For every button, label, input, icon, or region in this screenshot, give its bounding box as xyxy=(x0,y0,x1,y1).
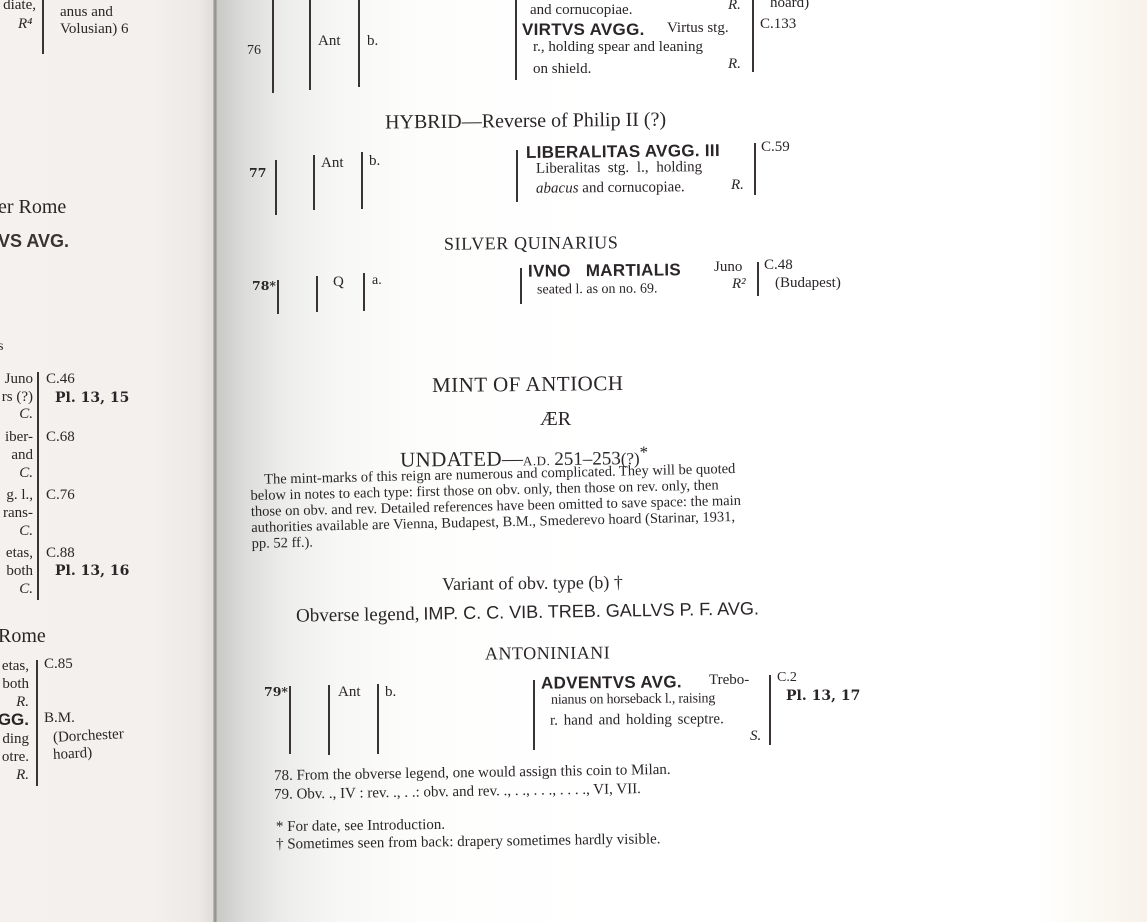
entry-ref: C.133 xyxy=(760,16,796,33)
column-rule xyxy=(769,675,771,745)
antoniniani-heading: ANTONINIANI xyxy=(485,642,610,664)
column-rule xyxy=(36,660,38,786)
column-rule xyxy=(275,160,277,215)
left-subheading-fragment: s xyxy=(0,339,3,355)
entry-ref: B.M. xyxy=(44,710,75,727)
entry-ref: C.88 xyxy=(46,545,75,562)
footnote-text: For date, see Introduction. xyxy=(287,817,445,835)
entry-rarity: R. xyxy=(16,767,29,784)
entry-reverse-desc: and cornucopiae. xyxy=(578,179,684,196)
entry-reverse-desc: seated l. as on no. 69. xyxy=(537,281,658,298)
entry-desc: iber- xyxy=(5,429,33,446)
column-rule xyxy=(377,684,379,754)
footnote-mark: † xyxy=(276,837,284,853)
entry-rarity: C. xyxy=(19,523,33,540)
entry-desc: etas, xyxy=(6,545,33,562)
footnote-mark: * xyxy=(276,819,284,835)
column-rule xyxy=(289,686,291,754)
entry-rarity: C. xyxy=(19,406,33,423)
intro-paragraph: The mint-marks of this reign are numerou… xyxy=(250,458,868,552)
variant-heading: Variant of obv. type (b) † xyxy=(442,572,623,595)
entry-denomination: Ant xyxy=(318,33,341,50)
entry-number: 78* xyxy=(252,278,276,293)
column-rule xyxy=(520,268,522,304)
entry-desc: ding xyxy=(2,731,29,748)
mint-heading: MINT OF ANTIOCH xyxy=(432,371,624,398)
entry-ref: C.59 xyxy=(761,139,790,156)
entry-rarity: R. xyxy=(16,694,29,711)
entry-desc: both xyxy=(2,676,29,693)
entry-reverse-legend: VIRTVS AVGG. xyxy=(522,20,645,40)
column-rule xyxy=(328,685,330,755)
entry-desc: Juno xyxy=(5,371,33,388)
entry-desc: and xyxy=(11,447,33,464)
continued-ref: hoard) xyxy=(770,0,809,12)
column-rule xyxy=(316,276,318,312)
obverse-legend: IMP. C. C. VIB. TREB. GALLVS P. F. AVG. xyxy=(423,598,759,623)
entry-reverse-desc: on shield. xyxy=(533,61,591,78)
entry-ref-note: (Dorchester xyxy=(53,726,125,747)
quinarius-heading: SILVER QUINARIUS xyxy=(444,232,619,255)
entry-reverse-desc: Liberalitas stg. l., holding xyxy=(536,159,702,178)
entry-rarity: C. xyxy=(19,465,33,482)
entry-desc: rans- xyxy=(3,505,33,522)
entry-reverse-desc-italic: abacus xyxy=(536,180,579,196)
left-legend-fragment: VS AVG. xyxy=(0,231,69,252)
column-rule xyxy=(516,150,518,202)
hybrid-heading: HYBRID—Reverse of Philip II (?) xyxy=(385,109,666,135)
undated-footnote-mark: * xyxy=(639,443,648,462)
entry-ref: C.68 xyxy=(46,429,75,446)
left-heading-fragment: er Rome xyxy=(0,196,66,219)
column-rule xyxy=(37,372,39,600)
entry-denomination: Ant xyxy=(321,155,344,172)
entry-ref: C.76 xyxy=(46,487,75,504)
entry-rarity: S. xyxy=(750,728,761,745)
obverse-legend-label: Obverse legend, xyxy=(296,604,420,627)
entry-reverse-legend: ADVENTVS AVG. xyxy=(541,672,682,693)
continued-rarity: R. xyxy=(728,0,741,14)
entry-obverse-type: b. xyxy=(385,684,396,701)
entry-desc: etas, xyxy=(2,658,29,675)
entry-plate: Pl. 13, 16 xyxy=(55,563,129,579)
entry-ref: C.48 xyxy=(764,257,793,274)
entry-desc: rs (?) xyxy=(2,389,33,406)
continued-desc: and cornucopiae. xyxy=(530,2,632,19)
entry-rarity: C. xyxy=(19,581,33,598)
left-top-rarity: R⁴ xyxy=(18,16,32,33)
entry-desc: g. l., xyxy=(6,487,33,504)
column-rule xyxy=(309,0,311,90)
entry-ref-note: (Budapest) xyxy=(775,275,841,292)
entry-reverse-desc: r., holding spear and leaning xyxy=(533,39,703,56)
entry-desc: both xyxy=(6,563,33,580)
left-top-ref-2: Volusian) 6 xyxy=(60,21,128,38)
column-rule xyxy=(277,280,279,314)
column-rule xyxy=(363,273,365,311)
entry-legend: GG. xyxy=(0,710,29,730)
column-rule xyxy=(515,0,517,80)
entry-desc: otre. xyxy=(2,749,29,766)
entry-ref: C.2 xyxy=(777,670,797,686)
column-rule xyxy=(272,0,274,93)
entry-obverse-type: b. xyxy=(369,153,380,170)
entry-ref-note: hoard) xyxy=(53,745,93,764)
left-page: diate, R⁴ anus and Volusian) 6 er Rome V… xyxy=(0,0,216,922)
entry-reverse-desc: Juno xyxy=(714,259,742,276)
column-rule xyxy=(361,152,363,209)
entry-rarity: R. xyxy=(731,177,744,194)
column-rule xyxy=(757,262,759,296)
left-heading2-fragment: Rome xyxy=(0,625,46,648)
column-rule xyxy=(752,0,754,72)
note-label: 79. xyxy=(274,787,293,803)
column-rule xyxy=(313,155,315,210)
entry-reverse-desc: Virtus stg. xyxy=(667,20,729,37)
entry-number: 79* xyxy=(264,684,288,699)
column-rule xyxy=(754,143,756,195)
entry-obverse-type: a. xyxy=(372,273,382,289)
entry-obverse-type: b. xyxy=(367,33,378,50)
entry-number: 76 xyxy=(247,43,261,59)
entry-rarity: R² xyxy=(732,276,746,293)
entry-plate: Pl. 13, 15 xyxy=(55,390,129,406)
footnote-asterisk: * For date, see Introduction. xyxy=(276,817,445,836)
left-top-desc-1: diate, xyxy=(3,0,36,14)
entry-reverse-desc: Trebo- xyxy=(709,672,749,689)
entry-ref: C.46 xyxy=(46,371,75,388)
entry-denomination: Q xyxy=(333,274,344,291)
column-rule xyxy=(533,680,535,750)
column-rule xyxy=(358,0,360,87)
entry-reverse-legend: IVNO MARTIALIS xyxy=(528,260,681,281)
entry-ref: C.85 xyxy=(44,656,73,673)
left-top-ref-1: anus and xyxy=(60,4,113,21)
metal-symbol: ÆR xyxy=(540,408,571,431)
entry-plate: Pl. 13, 17 xyxy=(786,688,860,704)
note-label: 78. xyxy=(274,768,293,784)
entry-reverse-desc: nianus on horseback l., raising xyxy=(551,691,715,708)
entry-reverse-desc: r. hand and holding sceptre. xyxy=(550,711,724,730)
entry-denomination: Ant xyxy=(338,684,361,701)
entry-rarity: R. xyxy=(728,56,741,73)
entry-number: 77 xyxy=(249,165,266,180)
column-rule xyxy=(42,0,44,54)
